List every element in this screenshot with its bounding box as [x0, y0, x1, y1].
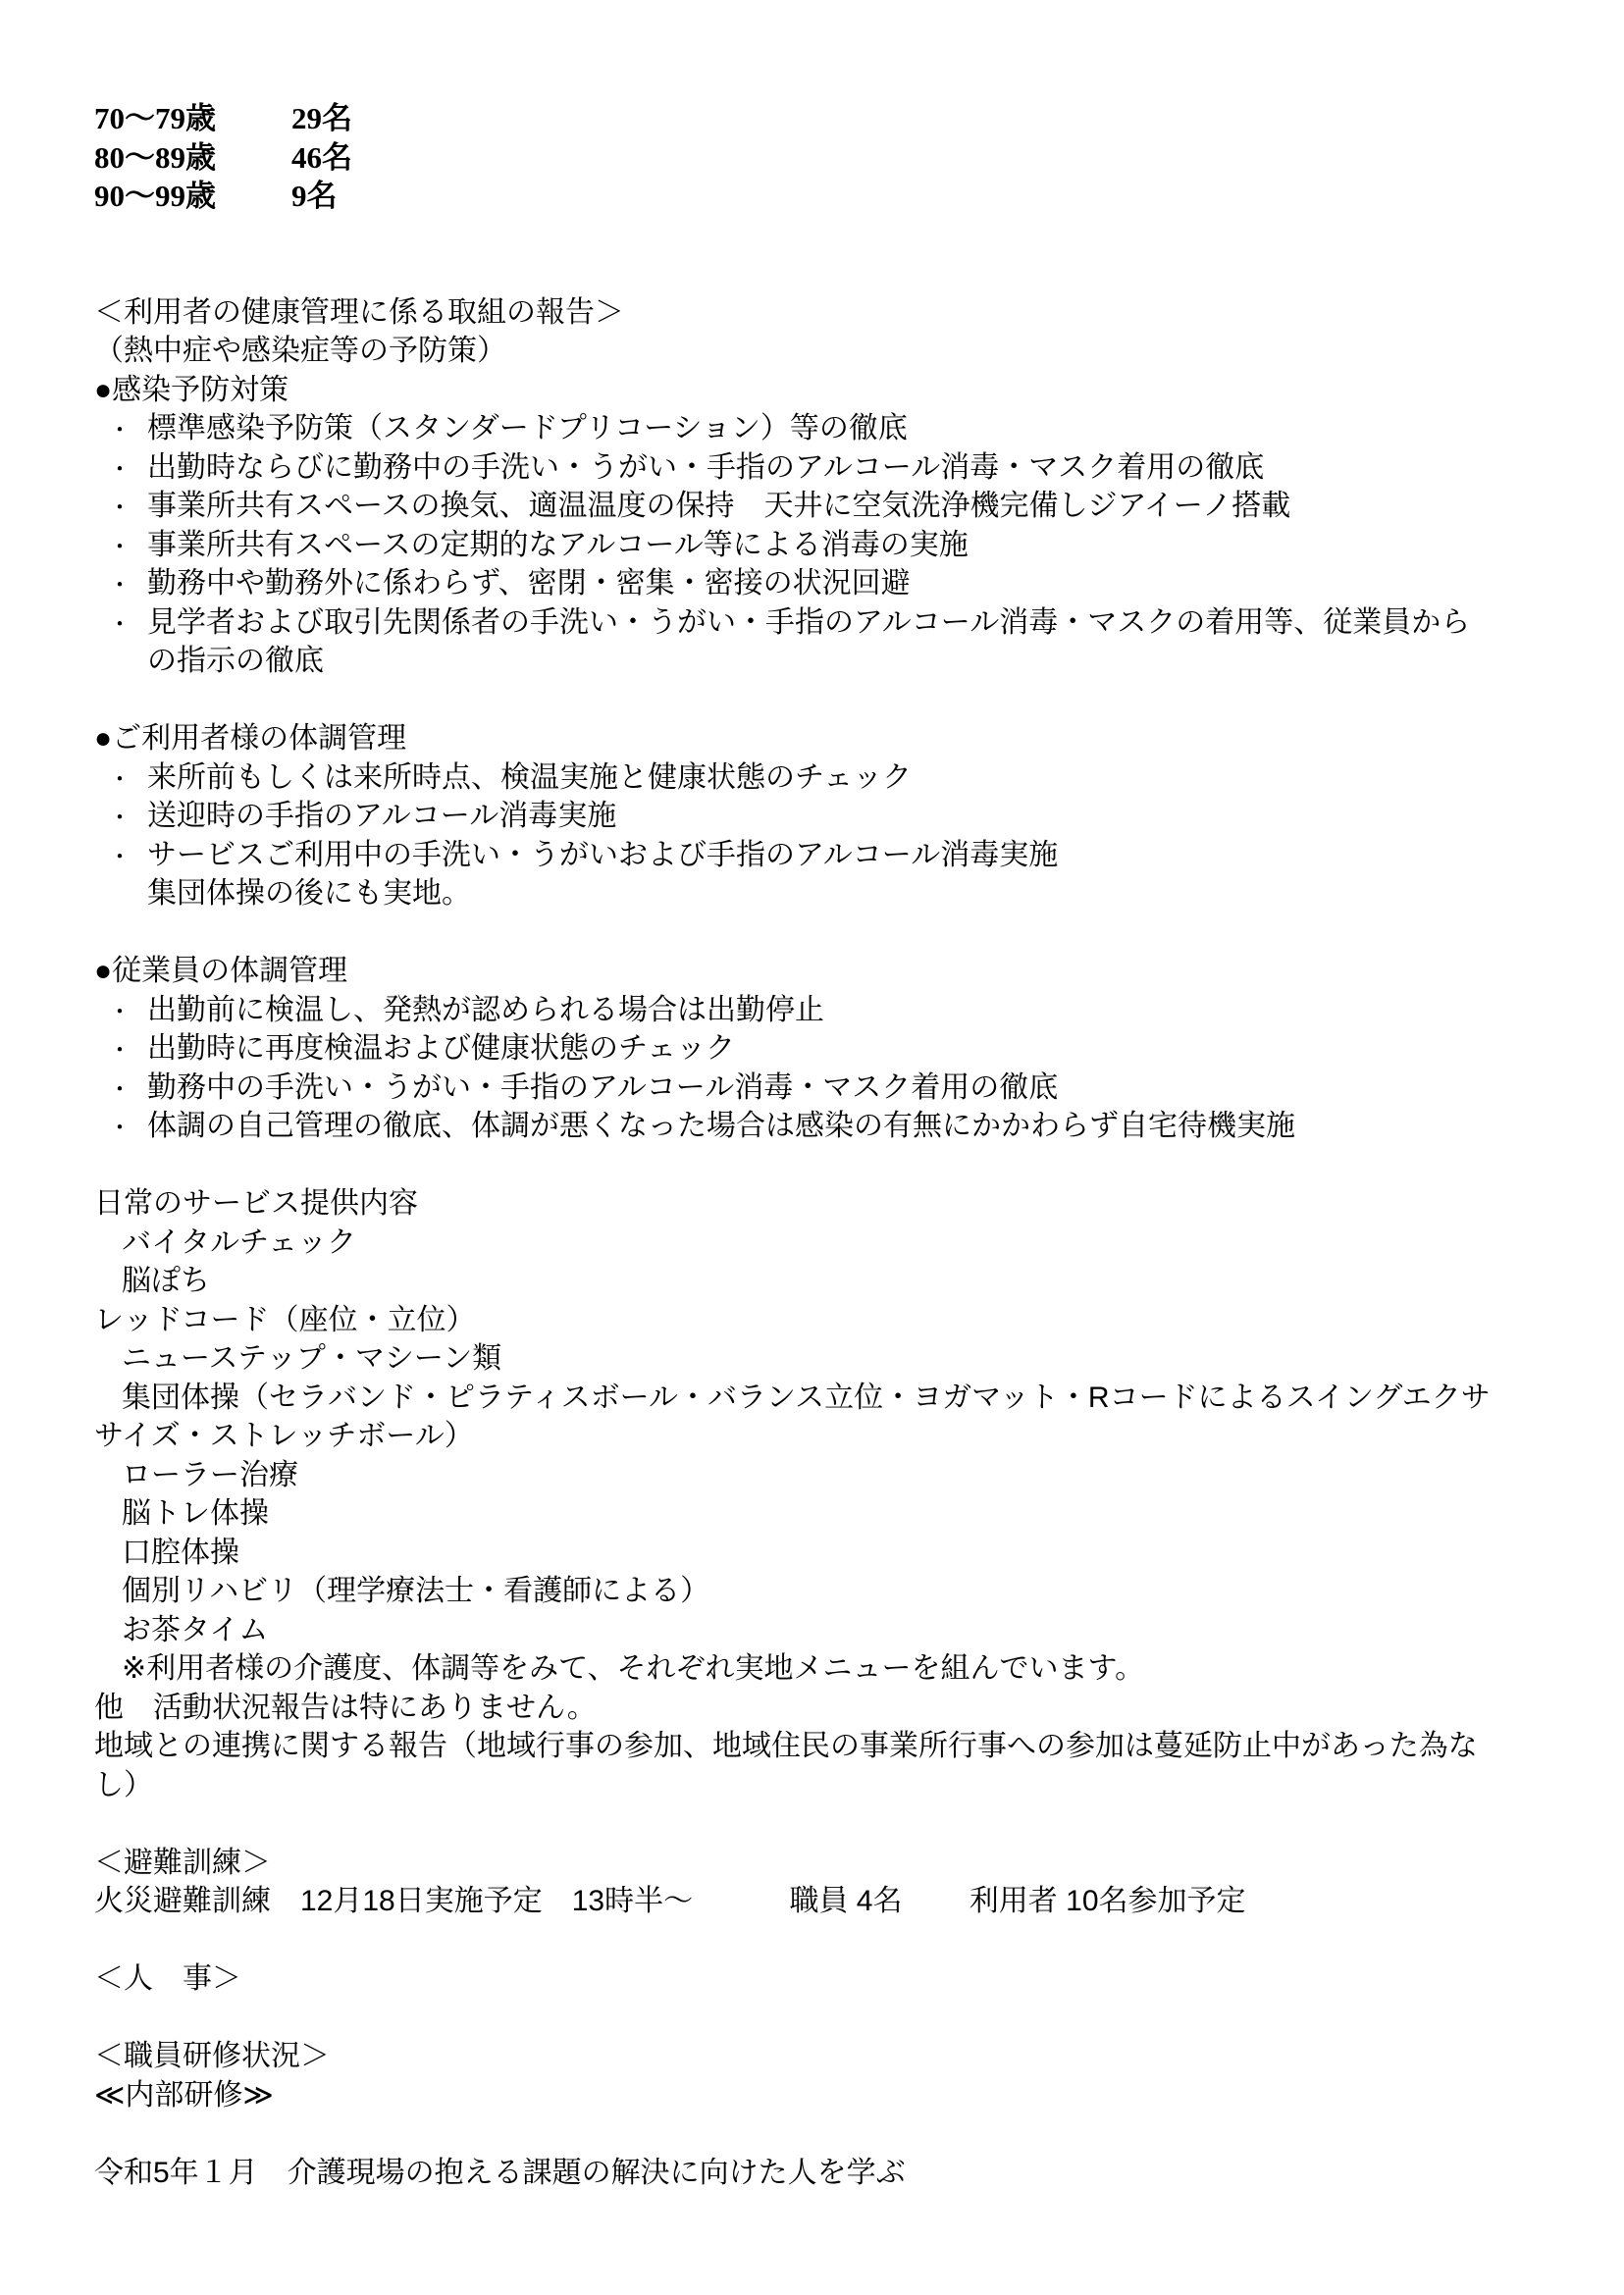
training-record-line: 令和5年１月 介護現場の抱える課題の解決に向けた人を学ぶ [94, 2154, 1596, 2193]
bullet-list-item: ・勤務中や勤務外に係わらず、密閉・密集・密接の状況回避 [94, 564, 1596, 603]
blank-line [94, 2114, 1596, 2154]
text-line: の指示の徹底 [94, 642, 1596, 681]
bullet-item-text: 体調の自己管理の徹底、体調が悪くなった場合は感染の有無にかかわらず自宅待機実施 [147, 1110, 1295, 1142]
text-line: レッドコード（座位・立位） [94, 1301, 1596, 1340]
bullet-list-item: ・標準感染予防策（スタンダードプリコーション）等の徹底 [94, 409, 1596, 448]
age-count: 9名 [291, 179, 338, 213]
blank-line [94, 216, 1596, 255]
bullet-list-item: ・勤務中の手洗い・うがい・手指のアルコール消毒・マスク着用の徹底 [94, 1069, 1596, 1108]
document-page: 70～79歳29名80～89歳46名90～99歳9名＜利用者の健康管理に係る取組… [94, 99, 1596, 2192]
bullet-list-item: ・事業所共有スペースの換気、適温温度の保持 天井に空気洗浄機完備しジアイーノ搭載 [94, 487, 1596, 526]
section-heading: 日常のサービス提供内容 [94, 1184, 1596, 1224]
blank-line [94, 1804, 1596, 1844]
bullet-icon: ・ [108, 528, 147, 567]
section-heading: ●従業員の体調管理 [94, 952, 1596, 991]
bullet-item-text: 送迎時の手指のアルコール消毒実施 [147, 800, 616, 832]
bullet-icon: ・ [108, 1031, 147, 1070]
bullet-icon: ・ [108, 450, 147, 490]
blank-line [94, 913, 1596, 953]
text-line: ※利用者様の介護度、体調等をみて、それぞれ実地メニューを組んでいます。 [94, 1649, 1596, 1689]
bullet-item-text: 出勤時ならびに勤務中の手洗い・うがい・手指のアルコール消毒・マスク着用の徹底 [147, 451, 1264, 484]
bullet-list-item: ・来所前もしくは来所時点、検温実施と健康状態のチェック [94, 758, 1596, 798]
age-stat-row: 70～79歳29名 [94, 99, 1596, 138]
bullet-item-text: 出勤前に検温し、発熱が認められる場合は出勤停止 [147, 994, 824, 1026]
blank-line [94, 1146, 1596, 1185]
text-line: （熱中症や感染症等の予防策） [94, 332, 1596, 371]
section-heading: ●ご利用者様の体調管理 [94, 719, 1596, 758]
bullet-item-text: 事業所共有スペースの換気、適温温度の保持 天井に空気洗浄機完備しジアイーノ搭載 [147, 490, 1290, 522]
section-heading: ＜職員研修状況＞ [94, 2037, 1596, 2076]
bullet-icon: ・ [108, 566, 147, 605]
bullet-icon: ・ [108, 489, 147, 528]
text-line: 集団体操の後にも実地。 [94, 874, 1596, 913]
section-heading: ＜利用者の健康管理に係る取組の報告＞ [94, 293, 1596, 333]
text-line: 脳トレ体操 [94, 1494, 1596, 1534]
bullet-list-item: ・出勤時に再度検温および健康状態のチェック [94, 1029, 1596, 1069]
bullet-icon: ・ [108, 411, 147, 450]
bullet-icon: ・ [108, 1109, 147, 1148]
blank-line [94, 681, 1596, 720]
text-line: お茶タイム [94, 1611, 1596, 1650]
section-heading: ＜避難訓練＞ [94, 1844, 1596, 1883]
text-line: し） [94, 1766, 1596, 1805]
age-range-label: 90～99歳 [94, 177, 291, 216]
age-stat-row: 80～89歳46名 [94, 138, 1596, 178]
bullet-item-text: 出勤時に再度検温および健康状態のチェック [147, 1032, 735, 1065]
evacuation-drill-line: 火災避難訓練 12月18日実施予定 13時半～ 職員 4名 利用者 10名参加予… [94, 1882, 1596, 1921]
section-heading: ＜人 事＞ [94, 1959, 1596, 1999]
text-line: 集団体操（セラバンド・ピラティスボール・バランス立位・ヨガマット・Rコードによる… [94, 1379, 1596, 1418]
bullet-item-text: 事業所共有スペースの定期的なアルコール等による消毒の実施 [147, 529, 969, 561]
bullet-icon: ・ [108, 799, 147, 838]
section-heading: ●感染予防対策 [94, 371, 1596, 410]
bullet-icon: ・ [108, 1070, 147, 1110]
bullet-item-text: 標準感染予防策（スタンダードプリコーション）等の徹底 [147, 412, 908, 444]
section-heading: ≪内部研修≫ [94, 2076, 1596, 2115]
blank-line [94, 1999, 1596, 2038]
bullet-icon: ・ [108, 838, 147, 877]
bullet-list-item: ・サービスご利用中の手洗い・うがいおよび手指のアルコール消毒実施 [94, 836, 1596, 875]
text-line: 個別リハビリ（理学療法士・看護師による） [94, 1572, 1596, 1611]
bullet-icon: ・ [108, 993, 147, 1032]
bullet-list-item: ・見学者および取引先関係者の手洗い・うがい・手指のアルコール消毒・マスクの着用等… [94, 603, 1596, 643]
blank-line [94, 1921, 1596, 1960]
age-count: 46名 [291, 140, 352, 175]
age-stat-row: 90～99歳9名 [94, 177, 1596, 216]
bullet-item-text: 見学者および取引先関係者の手洗い・うがい・手指のアルコール消毒・マスクの着用等、… [147, 606, 1470, 639]
text-line: 脳ぽち [94, 1262, 1596, 1301]
text-line: 口腔体操 [94, 1534, 1596, 1573]
text-line: 他 活動状況報告は特にありません。 [94, 1689, 1596, 1728]
age-count: 29名 [291, 101, 352, 135]
bullet-list-item: ・事業所共有スペースの定期的なアルコール等による消毒の実施 [94, 526, 1596, 565]
bullet-icon: ・ [108, 760, 147, 800]
bullet-list-item: ・出勤前に検温し、発熱が認められる場合は出勤停止 [94, 991, 1596, 1030]
bullet-item-text: 勤務中や勤務外に係わらず、密閉・密集・密接の状況回避 [147, 567, 911, 600]
bullet-list-item: ・体調の自己管理の徹底、体調が悪くなった場合は感染の有無にかかわらず自宅待機実施 [94, 1107, 1596, 1146]
text-line: バイタルチェック [94, 1224, 1596, 1263]
bullet-item-text: 勤務中の手洗い・うがい・手指のアルコール消毒・マスク着用の徹底 [147, 1071, 1058, 1104]
bullet-item-text: 来所前もしくは来所時点、検温実施と健康状態のチェック [147, 761, 912, 794]
bullet-list-item: ・出勤時ならびに勤務中の手洗い・うがい・手指のアルコール消毒・マスク着用の徹底 [94, 448, 1596, 488]
bullet-item-text: サービスご利用中の手洗い・うがいおよび手指のアルコール消毒実施 [147, 839, 1058, 871]
text-line: サイズ・ストレッチボール） [94, 1417, 1596, 1456]
age-range-label: 80～89歳 [94, 138, 291, 178]
bullet-icon: ・ [108, 605, 147, 645]
bullet-list-item: ・送迎時の手指のアルコール消毒実施 [94, 797, 1596, 836]
text-line: ニューステップ・マシーン類 [94, 1339, 1596, 1379]
text-line: 地域との連携に関する報告（地域行事の参加、地域住民の事業所行事への参加は蔓延防止… [94, 1727, 1596, 1766]
blank-line [94, 254, 1596, 293]
text-line: ローラー治療 [94, 1456, 1596, 1495]
age-range-label: 70～79歳 [94, 99, 291, 138]
